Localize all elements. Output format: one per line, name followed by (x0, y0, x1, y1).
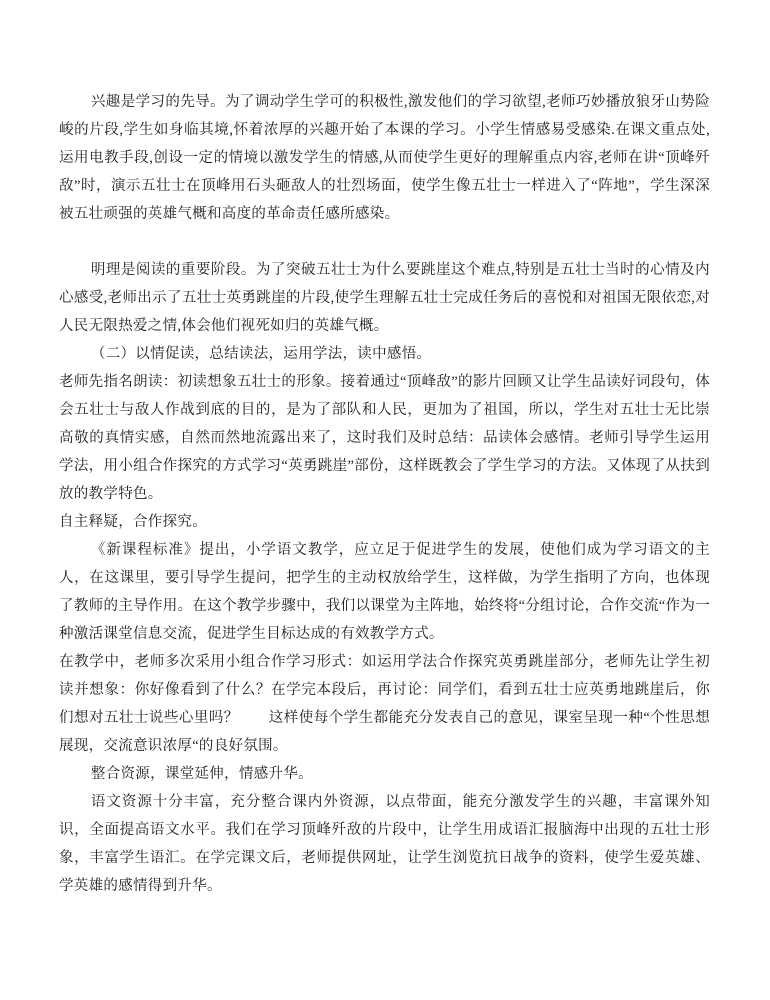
document-page: 兴趣是学习的先导。为了调动学生学可的积极性,激发他们的学习欲望,老师巧妙播放狼牙… (0, 0, 770, 1000)
document-body: 兴趣是学习的先导。为了调动学生学可的积极性,激发他们的学习欲望,老师巧妙播放狼牙… (59, 88, 710, 900)
paragraph-interest-lead-in: 兴趣是学习的先导。为了调动学生学可的积极性,激发他们的学习欲望,老师巧妙播放狼牙… (59, 88, 710, 228)
paragraph-mingli-reading-stage: 明理是阅读的重要阶段。为了突破五壮士为什么要跳崖这个难点,特别是五壮士当时的心情… (59, 256, 710, 340)
paragraph-language-resources: 语文资源十分丰富，充分整合课内外资源，以点带面，能充分激发学生的兴趣，丰富课外知… (59, 788, 710, 900)
paragraph-new-curriculum: 《新课程标准》提出，小学语文教学，应立足于促进学生的发展，使他们成为学习语文的主… (59, 536, 710, 648)
paragraph-section-two-heading: （二）以情促读，总结读法，运用学法，读中感悟。 (59, 340, 710, 368)
paragraph-resources-heading: 整合资源，课堂延伸，情感升华。 (59, 760, 710, 788)
paragraph-teacher-reading-guide: 老师先指名朗读：初读想象五壮士的形象。接着通过“顶峰敌”的影片回顾又让学生品读好… (59, 368, 710, 508)
paragraph-self-inquiry-heading: 自主释疑，合作探究。 (59, 508, 710, 536)
paragraph-group-cooperation: 在教学中，老师多次采用小组合作学习形式：如运用学法合作探究英勇跳崖部分，老师先让… (59, 648, 710, 760)
